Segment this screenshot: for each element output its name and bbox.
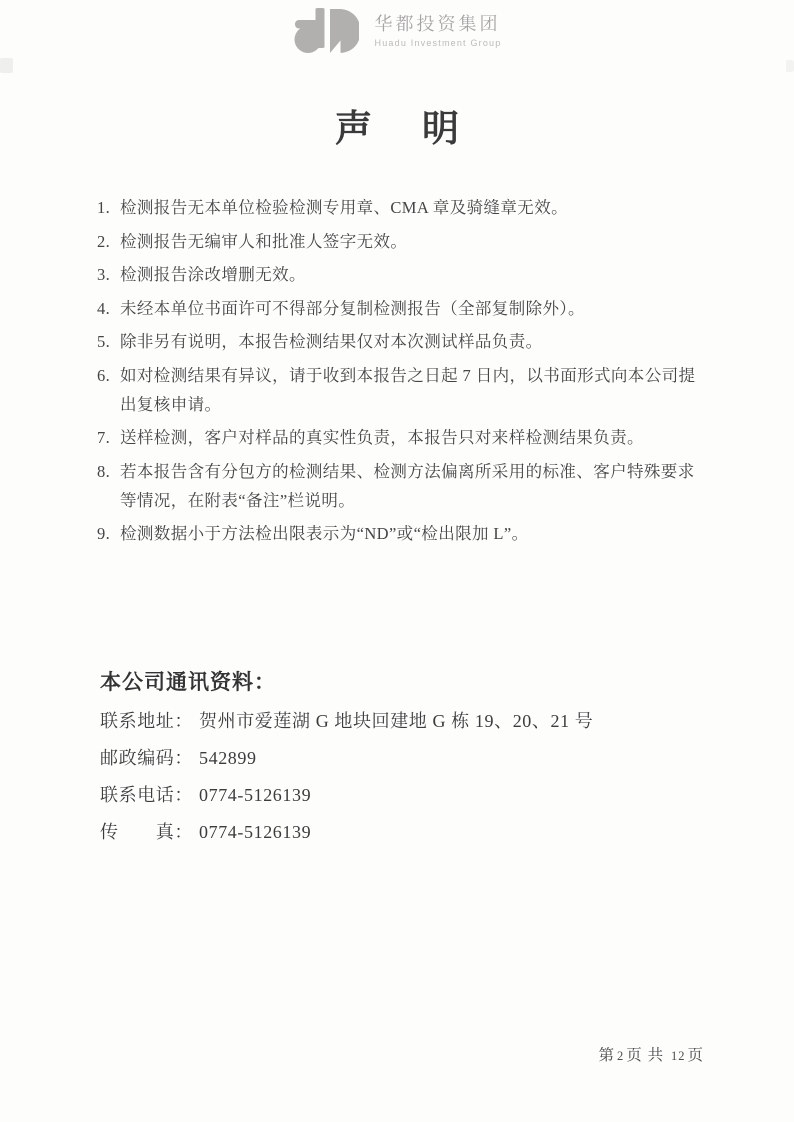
- declaration-item: 9. 检测数据小于方法检出限表示为“ND”或“检出限加 L”。: [97, 519, 699, 548]
- declaration-item: 6. 如对检测结果有异议，请于收到本报告之日起 7 日内，以书面形式向本公司提出…: [97, 361, 699, 419]
- company-logo: 华都投资集团 Huadu Investment Group: [0, 7, 794, 55]
- footer-suffix: 页: [687, 1047, 704, 1064]
- title-char-2: 明: [422, 98, 459, 152]
- page-footer: 第2页 共 12页: [598, 1043, 704, 1065]
- declaration-item: 2. 检测报告无编审人和批准人签字无效。: [97, 227, 699, 256]
- title-char-1: 声: [335, 98, 372, 152]
- declaration-list: 1. 检测报告无本单位检验检测专用章、CMA 章及骑缝章无效。 2. 检测报告无…: [97, 193, 699, 553]
- contact-label: 邮政编码：: [100, 748, 193, 768]
- declaration-item: 8. 若本报告含有分包方的检测结果、检测方法偏离所采用的标准、客户特殊要求等情况…: [97, 457, 699, 515]
- footer-prefix: 第: [598, 1047, 615, 1064]
- contact-row: 传 真：0774-5126139: [100, 822, 593, 842]
- scan-smudge: [786, 60, 794, 72]
- contact-label: 联系地址：: [100, 711, 193, 731]
- page-title: 声 明: [0, 98, 794, 152]
- item-number: 2.: [97, 227, 120, 256]
- contact-label: 传 真：: [100, 822, 193, 842]
- contact-row: 联系电话：0774-5126139: [100, 785, 593, 805]
- declaration-item: 5. 除非另有说明，本报告检测结果仅对本次测试样品负责。: [97, 327, 699, 356]
- item-number: 1.: [97, 193, 120, 222]
- item-text: 除非另有说明，本报告检测结果仅对本次测试样品负责。: [120, 327, 699, 356]
- contact-value: 贺州市爱莲湖 G 地块回建地 G 栋 19、20、21 号: [199, 711, 593, 731]
- contact-heading: 本公司通讯资料：: [100, 666, 593, 696]
- company-name-cn: 华都投资集团: [375, 13, 502, 36]
- item-text: 检测报告无本单位检验检测专用章、CMA 章及骑缝章无效。: [120, 193, 699, 222]
- item-text: 未经本单位书面许可不得部分复制检测报告（全部复制除外）。: [120, 294, 699, 323]
- company-name-block: 华都投资集团 Huadu Investment Group: [375, 13, 502, 50]
- footer-page-number: 2: [615, 1049, 626, 1063]
- contact-value: 0774-5126139: [199, 822, 311, 842]
- contact-label: 联系电话：: [100, 785, 193, 805]
- item-text: 检测报告无编审人和批准人签字无效。: [120, 227, 699, 256]
- document-page: 华都投资集团 Huadu Investment Group 声 明 1. 检测报…: [0, 0, 794, 1122]
- item-number: 9.: [97, 519, 120, 548]
- item-number: 5.: [97, 327, 120, 356]
- scan-smudge: [0, 58, 13, 73]
- contact-row: 联系地址：贺州市爱莲湖 G 地块回建地 G 栋 19、20、21 号: [100, 711, 593, 731]
- item-number: 4.: [97, 294, 120, 323]
- contact-value: 542899: [199, 748, 257, 768]
- declaration-item: 1. 检测报告无本单位检验检测专用章、CMA 章及骑缝章无效。: [97, 193, 699, 222]
- item-text: 检测报告涂改增删无效。: [120, 260, 699, 289]
- declaration-item: 7. 送样检测，客户对样品的真实性负责，本报告只对来样检测结果负责。: [97, 423, 699, 452]
- item-number: 3.: [97, 260, 120, 289]
- contact-value: 0774-5126139: [199, 785, 311, 805]
- footer-total-pages: 12: [669, 1049, 688, 1063]
- contact-section: 本公司通讯资料： 联系地址：贺州市爱莲湖 G 地块回建地 G 栋 19、20、2…: [100, 666, 593, 859]
- item-number: 8.: [97, 457, 120, 515]
- footer-mid: 页 共: [626, 1047, 664, 1064]
- company-name-en: Huadu Investment Group: [375, 38, 502, 49]
- contact-rows: 联系地址：贺州市爱莲湖 G 地块回建地 G 栋 19、20、21 号 邮政编码：…: [100, 711, 593, 842]
- item-text: 送样检测，客户对样品的真实性负责，本报告只对来样检测结果负责。: [120, 423, 699, 452]
- item-text: 若本报告含有分包方的检测结果、检测方法偏离所采用的标准、客户特殊要求等情况，在附…: [120, 457, 699, 515]
- item-number: 6.: [97, 361, 120, 419]
- declaration-item: 3. 检测报告涂改增删无效。: [97, 260, 699, 289]
- contact-row: 邮政编码：542899: [100, 748, 593, 768]
- hd-monogram-icon: [293, 7, 359, 55]
- declaration-item: 4. 未经本单位书面许可不得部分复制检测报告（全部复制除外）。: [97, 294, 699, 323]
- item-text: 检测数据小于方法检出限表示为“ND”或“检出限加 L”。: [120, 519, 699, 548]
- item-text: 如对检测结果有异议，请于收到本报告之日起 7 日内，以书面形式向本公司提出复核申…: [120, 361, 699, 419]
- item-number: 7.: [97, 423, 120, 452]
